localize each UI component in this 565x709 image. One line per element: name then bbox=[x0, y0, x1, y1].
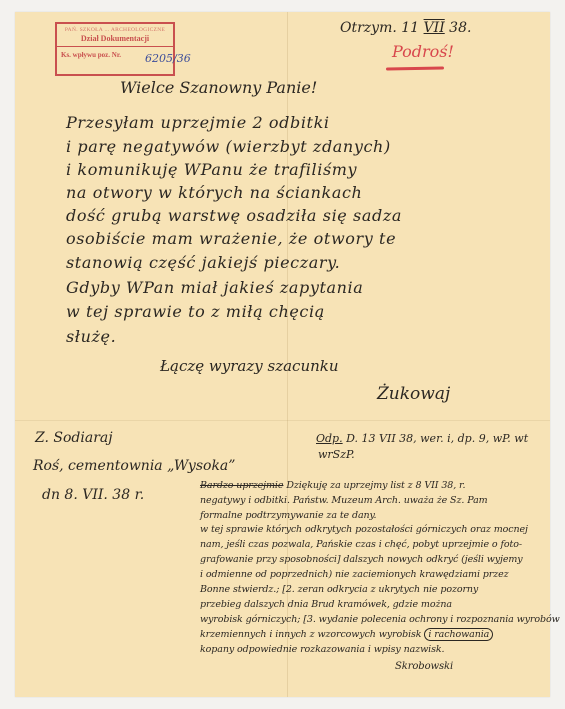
letter-line: dość grubą warstwę osadziła się sadza bbox=[66, 206, 402, 225]
reply-signature: Skrobowski bbox=[395, 661, 453, 672]
reply-line: krzemiennych i innych z wzorcowych wyrob… bbox=[200, 629, 493, 640]
reply-line: Bonne stwierdz.; [2. zeran odkrycia z uk… bbox=[200, 584, 478, 595]
red-annotation: Podroś! bbox=[392, 42, 454, 61]
reply-line: przebieg dalszych dnia Brud kramówek, gd… bbox=[200, 599, 452, 610]
letter-line: osobiście mam wrażenie, że otwory te bbox=[66, 229, 396, 248]
reply-reference: D. 13 VII 38, wer. i, dp. 9, wP. wt bbox=[346, 432, 528, 445]
reply-reference-2: wrSzP. bbox=[318, 448, 355, 461]
stamp-department: Dział Dokumentacji bbox=[57, 34, 173, 43]
fold-line-horizontal bbox=[15, 420, 550, 421]
reply-struck-text: Bardzo uprzejmie bbox=[200, 480, 283, 491]
note-location: Roś, cementownia „Wysoka” bbox=[33, 458, 235, 474]
reply-line: nam, jeśli czas pozwala, Pańskie czas i … bbox=[200, 539, 522, 550]
reply-line: wyrobisk górniczych; [3. wydanie polecen… bbox=[200, 614, 560, 625]
stamp-register-number: 6205/36 bbox=[145, 52, 191, 65]
received-label: Otrzym. bbox=[340, 20, 397, 36]
reply-line: formalne podtrzymywanie za te dany. bbox=[200, 510, 376, 521]
letter-line: stanowią część jakiejś pieczary. bbox=[66, 253, 340, 272]
received-day: 11 bbox=[401, 20, 419, 36]
reply-header: Odp. D. 13 VII 38, wer. i, dp. 9, wP. wt bbox=[316, 432, 528, 445]
received-month: VII bbox=[424, 20, 445, 36]
reply-line: i odmienne od poprzednich) nie zaciemion… bbox=[200, 569, 509, 580]
reply-line: Bardzo uprzejmie Dziękuję za uprzejmy li… bbox=[200, 480, 465, 491]
letter-line: w tej sprawie to z miłą chęcią bbox=[66, 302, 325, 321]
received-year: 38. bbox=[449, 20, 471, 36]
letter-line: służę. bbox=[66, 327, 116, 346]
reply-line: negatywy i odbitki. Państw. Muzeum Arch.… bbox=[200, 495, 488, 506]
reply-line: grafowanie przy sposobności] dalszych no… bbox=[200, 554, 523, 565]
letter-line: na otwory w których na ściankach bbox=[66, 183, 362, 202]
letter-closing: Łączę wyrazy szacunku bbox=[160, 357, 339, 375]
note-answer-due: dn 8. VII. 38 r. bbox=[42, 487, 144, 503]
stamp-divider bbox=[57, 46, 173, 47]
reply-label: Odp. bbox=[316, 432, 343, 445]
letter-line: i komunikuję WPanu że trafiliśmy bbox=[66, 160, 357, 179]
received-date: Otrzym. 11 VII 38. bbox=[340, 20, 471, 36]
circled-note: i rachowania bbox=[424, 628, 493, 641]
letter-line: Przesyłam uprzejmie 2 odbitki bbox=[66, 113, 330, 132]
stamp-header: PAŃ. SZKOŁA ... ARCHEOLOGICZNE bbox=[57, 27, 173, 33]
letter-line: Gdyby WPan miał jakieś zapytania bbox=[66, 278, 363, 297]
letter-greeting: Wielce Szanowny Panie! bbox=[120, 78, 317, 97]
letter-signature: Żukowaj bbox=[377, 384, 450, 404]
letter-line: i parę negatywów (wierzbyt zdanych) bbox=[66, 137, 391, 156]
registration-stamp: PAŃ. SZKOŁA ... ARCHEOLOGICZNE Dział Dok… bbox=[55, 22, 175, 76]
reply-line: kopany odpowiednie rozkazowania i wpisy … bbox=[200, 644, 444, 655]
reply-line: w tej sprawie których odkrytych pozostał… bbox=[200, 524, 528, 535]
note-sender: Z. Sodiaraj bbox=[35, 430, 113, 446]
